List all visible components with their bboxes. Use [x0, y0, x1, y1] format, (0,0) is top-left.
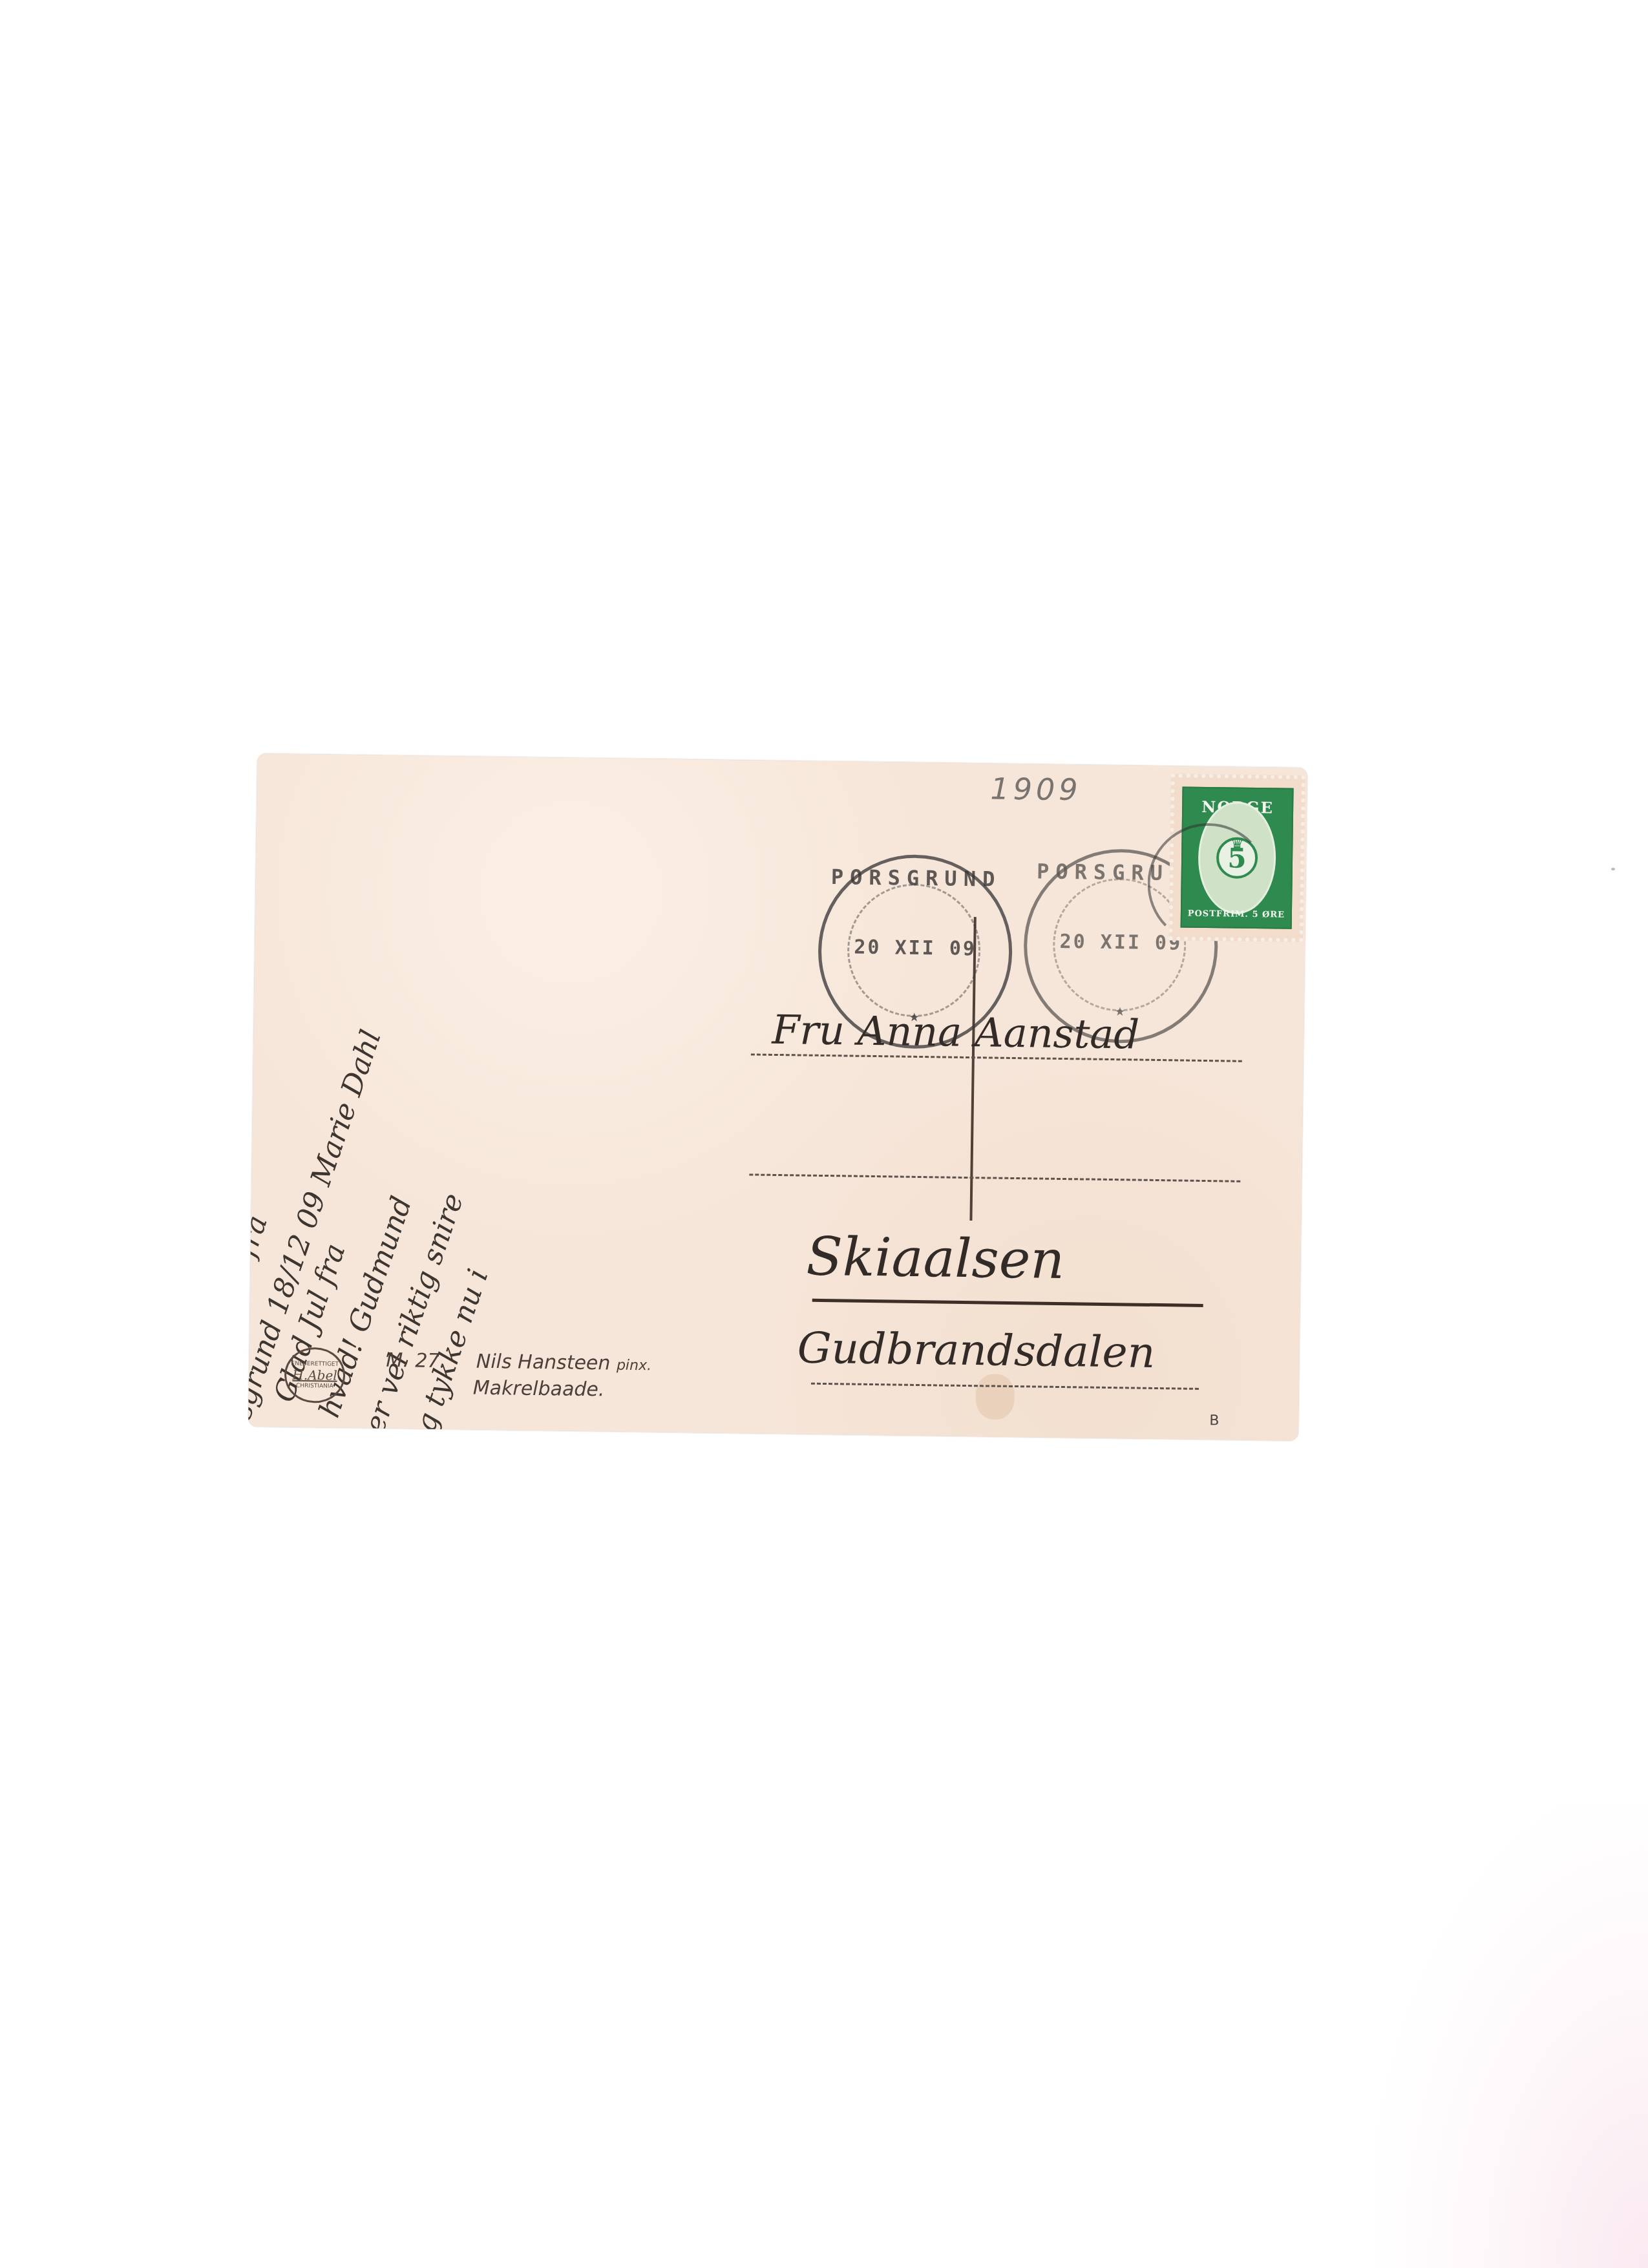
scan-tint — [1377, 1803, 1648, 2268]
year-note: 1909 — [990, 771, 1082, 807]
address-dotted-line — [749, 1173, 1240, 1182]
print-caption: M. 27. Nils Hansteen pinx. Makrelbaade. — [386, 1349, 652, 1403]
address-recipient: Fru Anna Aanstad — [772, 1006, 1140, 1058]
address-region: Gudbrandsdalen — [797, 1323, 1156, 1378]
publisher-logo-name: H.Abel — [292, 1368, 337, 1383]
caption-series: M. 27. — [386, 1349, 470, 1374]
caption-artist: Nils Hansteen — [476, 1350, 611, 1375]
address-town: Skiaalsen — [806, 1226, 1065, 1291]
postage-stamp: NORGE ♛ 5 POSTFRIM. 5 ØRE — [1168, 773, 1305, 942]
stain — [975, 1374, 1015, 1420]
scan-speck — [1611, 868, 1615, 870]
address-solid-line — [812, 1299, 1203, 1307]
postmark-town: PORSGRUND — [822, 865, 1009, 892]
caption-title: Makrelbaade. — [386, 1375, 651, 1403]
corner-mark: B — [1209, 1412, 1219, 1429]
publisher-logo-bottom: CHRISTIANIA — [296, 1382, 333, 1391]
caption-artist-suffix: pinx. — [617, 1358, 651, 1374]
postcard: Glad Jul fra hvad! Gudmund er vel riktig… — [248, 753, 1307, 1441]
postmark-date: 20 XII 09 — [821, 936, 1009, 961]
